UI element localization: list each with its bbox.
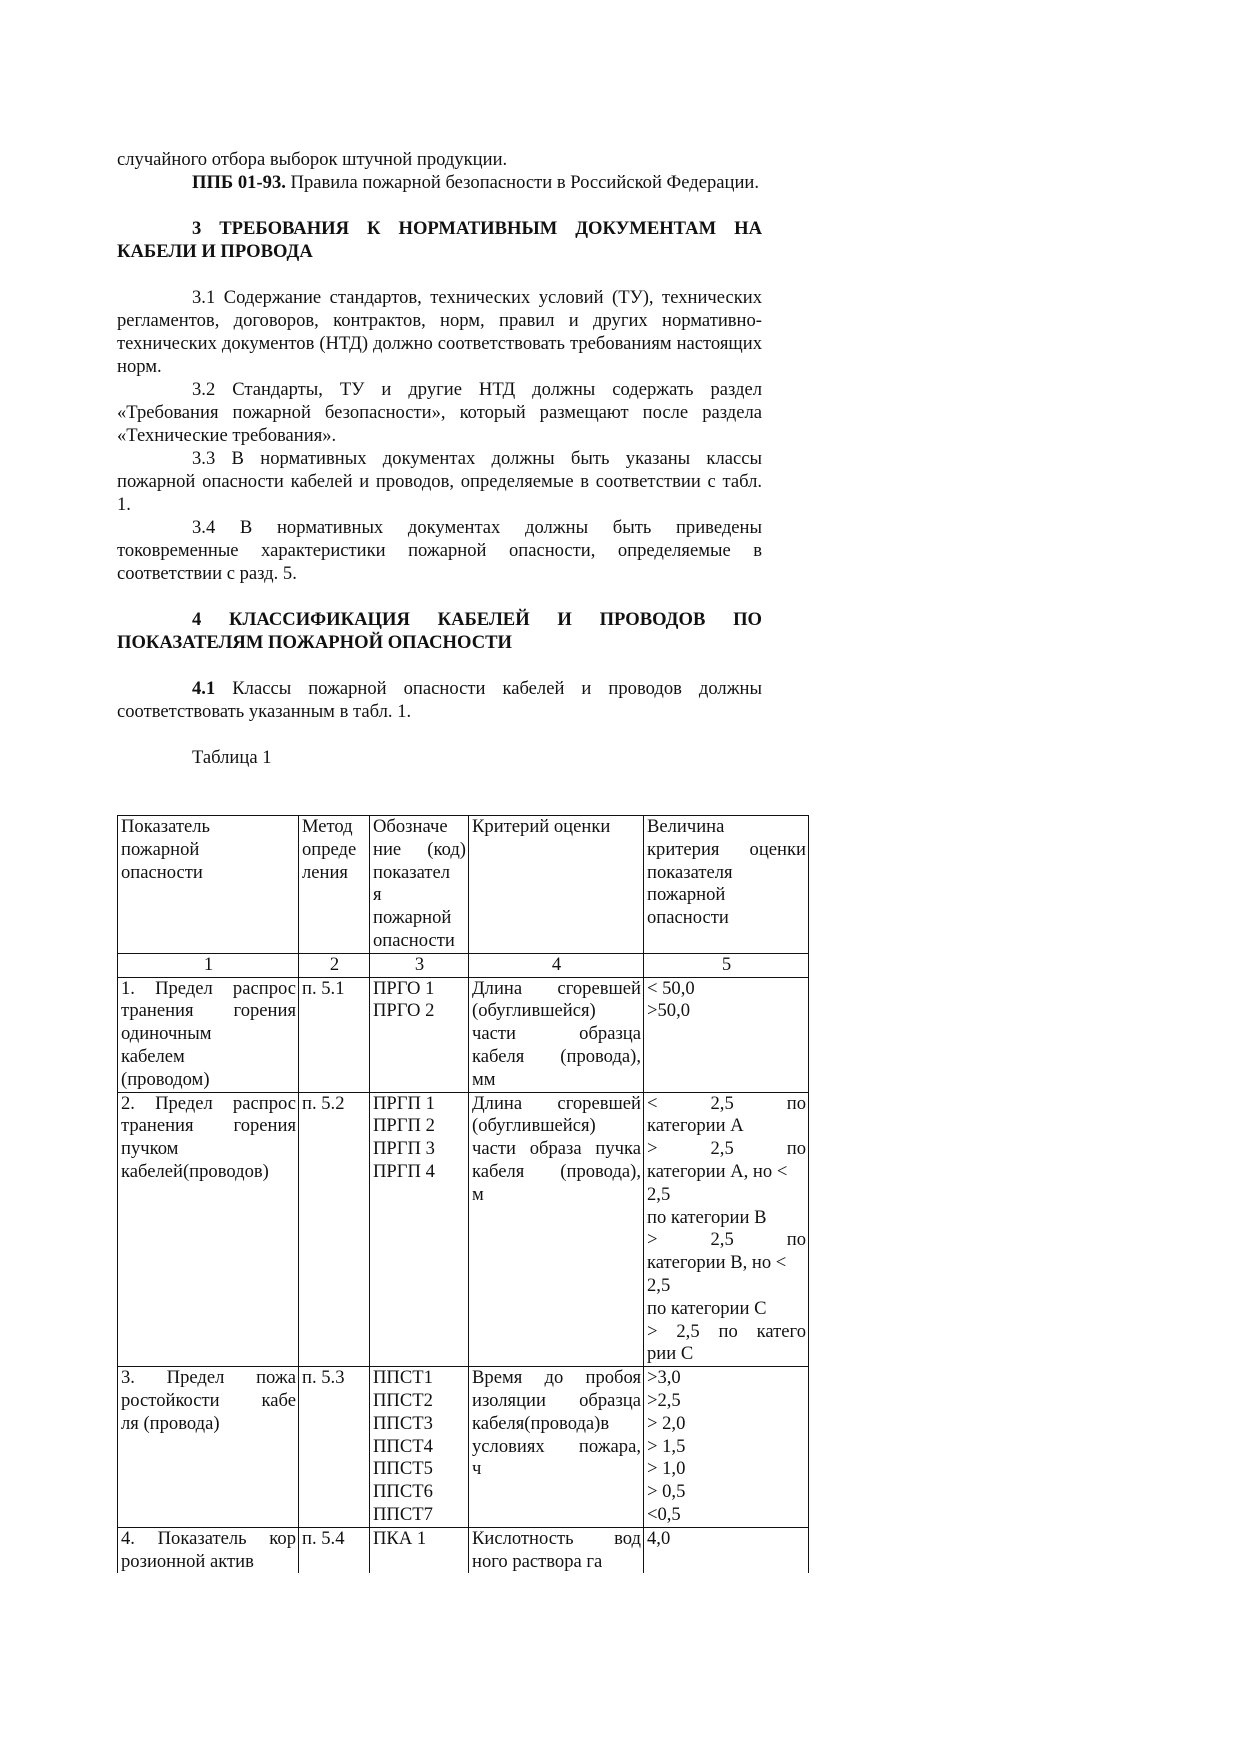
- criterion-cell: Время до пробояизоляции образцакабеля(пр…: [469, 1367, 644, 1528]
- cell-line: 4,0: [647, 1528, 806, 1551]
- cell-line: >2,5: [647, 1390, 806, 1413]
- cell-line: > 2,5 по: [647, 1229, 806, 1252]
- column-number-1: 1: [118, 953, 299, 977]
- cell-line: 3. Предел пожа: [121, 1367, 296, 1390]
- cell-line: ч: [472, 1458, 641, 1481]
- cell-line: ППСТ3: [373, 1413, 466, 1436]
- cell-line: пучком: [121, 1138, 296, 1161]
- header-cell-1: Показательпожарнойопасности: [118, 816, 299, 954]
- cell-line: ПРГП 2: [373, 1115, 466, 1138]
- header-cell-3: Обозначение (код)показателяпожарнойопасн…: [370, 816, 469, 954]
- table-row: 1. Предел распространения горенияодиночн…: [118, 977, 809, 1092]
- column-number-4: 4: [469, 953, 644, 977]
- classification-table: ПоказательпожарнойопасностиМетодопределе…: [117, 815, 809, 1573]
- cell-line: >50,0: [647, 1000, 806, 1023]
- cell-line: ППСТ4: [373, 1436, 466, 1459]
- cell-line: (проводом): [121, 1069, 296, 1092]
- reference-text: Правила пожарной безопасности в Российск…: [286, 172, 759, 193]
- cell-line: опасности: [121, 862, 296, 885]
- cell-line: кабелем: [121, 1046, 296, 1069]
- paragraph-4-1: 4.1 Классы пожарной опасности кабелей и …: [117, 677, 762, 723]
- cell-line: опасности: [373, 930, 466, 953]
- cell-line: ПРГП 1: [373, 1093, 466, 1116]
- cell-line: Показатель: [121, 816, 296, 839]
- criterion-cell: Длина сгоревшей(обуглившейся)части образ…: [469, 977, 644, 1092]
- cell-line: >3,0: [647, 1367, 806, 1390]
- cell-line: 4. Показатель кор: [121, 1528, 296, 1551]
- cell-line: по категории С: [647, 1298, 806, 1321]
- cell-line: ППСТ5: [373, 1458, 466, 1481]
- cell-line: показателя: [647, 862, 806, 885]
- cell-line: 2. Предел распрос: [121, 1093, 296, 1116]
- cell-line: опасности: [647, 907, 806, 930]
- method-cell: п. 5.2: [299, 1092, 370, 1367]
- cell-line: ПКА 1: [373, 1528, 466, 1551]
- cell-line: > 1,5: [647, 1436, 806, 1459]
- cell-line: > 2,5 по: [647, 1138, 806, 1161]
- code-cell: ППСТ1ППСТ2ППСТ3ППСТ4ППСТ5ППСТ6ППСТ7: [370, 1367, 469, 1528]
- cell-line: пожарной: [373, 907, 466, 930]
- code-cell: ПКА 1: [370, 1527, 469, 1573]
- cell-line: категории В, но <: [647, 1252, 806, 1275]
- cell-line: 2,5: [647, 1275, 806, 1298]
- cell-line: ления: [302, 862, 367, 885]
- value-cell: 4,0: [644, 1527, 809, 1573]
- indicator-cell: 4. Показатель коррозионной актив: [118, 1527, 299, 1573]
- cell-line: транения горения: [121, 1115, 296, 1138]
- table-row: 4. Показатель коррозионной активп. 5.4ПК…: [118, 1527, 809, 1573]
- section-4-heading: 4 КЛАССИФИКАЦИЯ КАБЕЛЕЙ И ПРОВОДОВ ПО ПО…: [117, 608, 762, 654]
- cell-line: Обозначе: [373, 816, 466, 839]
- cell-line: условиях пожара,: [472, 1436, 641, 1459]
- cell-line: < 2,5 по: [647, 1093, 806, 1116]
- cell-line: м: [472, 1184, 641, 1207]
- cell-line: ПРГП 4: [373, 1161, 466, 1184]
- cell-line: ППСТ6: [373, 1481, 466, 1504]
- cell-line: Критерий оценки: [472, 816, 641, 839]
- paragraph-3-1: 3.1 Содержание стандартов, технических у…: [117, 286, 762, 378]
- cell-line: по категории В: [647, 1207, 806, 1230]
- cell-line: пожарной: [121, 839, 296, 862]
- intro-line: случайного отбора выборок штучной продук…: [117, 148, 762, 171]
- cell-line: ППСТ7: [373, 1504, 466, 1527]
- table-row: 2. Предел распространения горенияпучкомк…: [118, 1092, 809, 1367]
- cell-line: ного раствора га: [472, 1551, 641, 1574]
- method-cell: п. 5.4: [299, 1527, 370, 1573]
- value-cell: < 50,0>50,0: [644, 977, 809, 1092]
- value-cell: < 2,5 покатегории А> 2,5 покатегории А, …: [644, 1092, 809, 1367]
- cell-line: Кислотность вод: [472, 1528, 641, 1551]
- method-cell: п. 5.1: [299, 977, 370, 1092]
- cell-line: мм: [472, 1069, 641, 1092]
- indicator-cell: 1. Предел распространения горенияодиночн…: [118, 977, 299, 1092]
- cell-line: кабеля(провода)в: [472, 1413, 641, 1436]
- cell-line: ПРГО 2: [373, 1000, 466, 1023]
- reference-code: ППБ 01-93.: [192, 172, 286, 193]
- paragraph-3-3: 3.3 В нормативных документах должны быть…: [117, 447, 762, 516]
- cell-line: ППСТ2: [373, 1390, 466, 1413]
- cell-line: показател: [373, 862, 466, 885]
- cell-line: части образца: [472, 1023, 641, 1046]
- cell-line: критерия оценки: [647, 839, 806, 862]
- cell-line: ние (код): [373, 839, 466, 862]
- reference-ppb: ППБ 01-93. Правила пожарной безопасности…: [117, 171, 762, 194]
- table-header-row: ПоказательпожарнойопасностиМетодопределе…: [118, 816, 809, 954]
- cell-line: опреде: [302, 839, 367, 862]
- cell-line: ростойкости кабе: [121, 1390, 296, 1413]
- cell-line: транения горения: [121, 1000, 296, 1023]
- indicator-cell: 3. Предел пожаростойкости кабеля (провод…: [118, 1367, 299, 1528]
- cell-line: части образа пучка: [472, 1138, 641, 1161]
- table-caption: Таблица 1: [117, 746, 762, 769]
- cell-line: > 1,0: [647, 1458, 806, 1481]
- cell-line: Метод: [302, 816, 367, 839]
- cell-line: Длина сгоревшей: [472, 978, 641, 1001]
- header-cell-5: Величинакритерия оценкипоказателяпожарно…: [644, 816, 809, 954]
- method-cell: п. 5.3: [299, 1367, 370, 1528]
- cell-line: одиночным: [121, 1023, 296, 1046]
- paragraph-3-4: 3.4 В нормативных документах должны быть…: [117, 516, 762, 585]
- section-3-heading: 3 ТРЕБОВАНИЯ К НОРМАТИВНЫМ ДОКУМЕНТАМ НА…: [117, 217, 762, 263]
- cell-line: Величина: [647, 816, 806, 839]
- table-row: 3. Предел пожаростойкости кабеля (провод…: [118, 1367, 809, 1528]
- cell-line: ППСТ1: [373, 1367, 466, 1390]
- criterion-cell: Кислотность водного раствора га: [469, 1527, 644, 1573]
- column-number-5: 5: [644, 953, 809, 977]
- cell-line: пожарной: [647, 884, 806, 907]
- cell-line: ПРГП 3: [373, 1138, 466, 1161]
- cell-line: 1. Предел распрос: [121, 978, 296, 1001]
- header-cell-4: Критерий оценки: [469, 816, 644, 954]
- cell-line: < 50,0: [647, 978, 806, 1001]
- cell-line: розионной актив: [121, 1551, 296, 1574]
- cell-line: > 2,5 по катего: [647, 1321, 806, 1344]
- code-cell: ПРГП 1ПРГП 2ПРГП 3ПРГП 4: [370, 1092, 469, 1367]
- cell-line: кабелей(проводов): [121, 1161, 296, 1184]
- paragraph-3-2: 3.2 Стандарты, ТУ и другие НТД должны со…: [117, 378, 762, 447]
- cell-line: ПРГО 1: [373, 978, 466, 1001]
- cell-line: изоляции образца: [472, 1390, 641, 1413]
- cell-line: ля (провода): [121, 1413, 296, 1436]
- cell-line: Длина сгоревшей: [472, 1093, 641, 1116]
- column-number-2: 2: [299, 953, 370, 977]
- paragraph-4-1-number: 4.1: [192, 678, 215, 699]
- cell-line: я: [373, 884, 466, 907]
- cell-line: (обуглившейся): [472, 1115, 641, 1138]
- document-body: случайного отбора выборок штучной продук…: [117, 148, 762, 769]
- cell-line: кабеля (провода),: [472, 1161, 641, 1184]
- header-cell-2: Методопределения: [299, 816, 370, 954]
- cell-line: Время до пробоя: [472, 1367, 641, 1390]
- cell-line: рии С: [647, 1343, 806, 1366]
- criterion-cell: Длина сгоревшей(обуглившейся)части образ…: [469, 1092, 644, 1367]
- cell-line: категории А, но <: [647, 1161, 806, 1184]
- table-column-numbers-row: 12345: [118, 953, 809, 977]
- cell-line: > 0,5: [647, 1481, 806, 1504]
- indicator-cell: 2. Предел распространения горенияпучкомк…: [118, 1092, 299, 1367]
- cell-line: <0,5: [647, 1504, 806, 1527]
- value-cell: >3,0>2,5> 2,0> 1,5> 1,0> 0,5<0,5: [644, 1367, 809, 1528]
- code-cell: ПРГО 1ПРГО 2: [370, 977, 469, 1092]
- cell-line: (обуглившейся): [472, 1000, 641, 1023]
- column-number-3: 3: [370, 953, 469, 977]
- cell-line: 2,5: [647, 1184, 806, 1207]
- cell-line: категории А: [647, 1115, 806, 1138]
- cell-line: > 2,0: [647, 1413, 806, 1436]
- cell-line: кабеля (провода),: [472, 1046, 641, 1069]
